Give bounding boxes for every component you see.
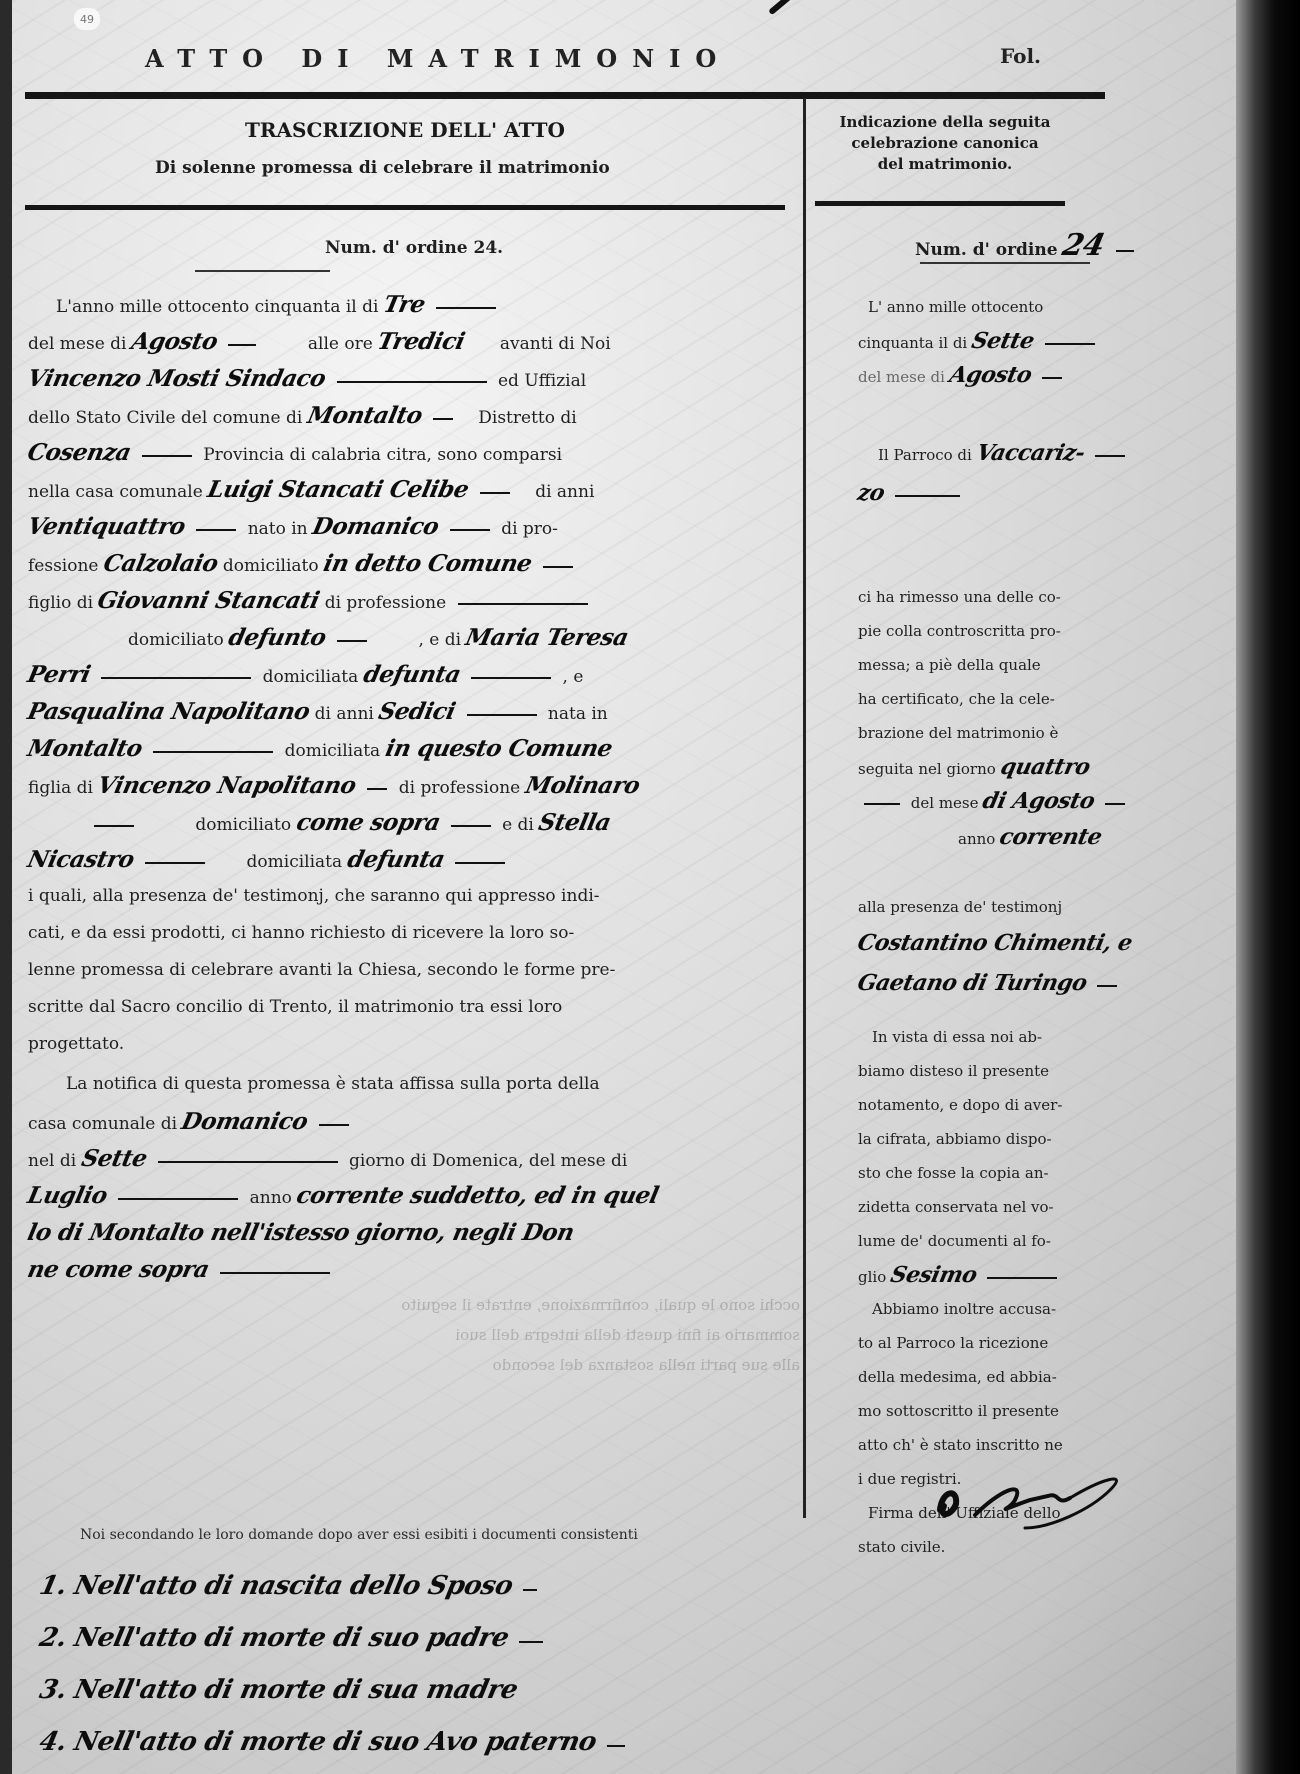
form-line: cinquanta il di Sette	[858, 324, 1101, 358]
scan-right-edge	[1236, 0, 1300, 1774]
dash	[1097, 985, 1117, 987]
form-line: L'anno mille ottocento cinquanta il di T…	[56, 286, 502, 323]
dash	[519, 1641, 543, 1643]
dash	[153, 751, 273, 753]
dash	[450, 529, 490, 531]
form-line: zo	[858, 476, 966, 510]
paragraph-line: cati, e da essi prodotti, ci hanno richi…	[28, 915, 574, 952]
form-line: figlia di Vincenzo Napolitano di profess…	[28, 767, 639, 804]
right-title-line: celebrazione canonica	[820, 133, 1070, 154]
order-number-label: Num. d' ordine	[915, 240, 1058, 260]
documents-list: 1. Nell'atto di nascita dello Sposo 2. N…	[40, 1560, 631, 1768]
form-line: Nicastro domiciliata defunta	[28, 841, 511, 878]
dash	[471, 677, 551, 679]
printed-text: di pro-	[501, 519, 558, 539]
officer-signature	[930, 1470, 1140, 1530]
bleed-line: alle sue parti nella sostanza del second…	[120, 1350, 800, 1380]
printed-text: figlia di	[28, 778, 93, 798]
form-line: dello Stato Civile del comune di Montalt…	[28, 397, 577, 434]
dash	[1116, 250, 1134, 252]
handwritten-document: 1. Nell'atto di nascita dello Sposo	[34, 1560, 517, 1612]
dash	[118, 1198, 238, 1200]
printed-text: anno	[958, 830, 995, 848]
page-number-stamp: 49	[74, 8, 100, 30]
dash	[451, 825, 491, 827]
handwritten-document: 4. Nell'atto di morte di suo Avo paterno	[34, 1716, 601, 1768]
left-header-rule	[25, 205, 785, 210]
printed-text: del mese	[911, 794, 979, 812]
handwritten-document: 2. Nell'atto di morte di suo padre	[34, 1612, 513, 1664]
document-page: 49 ATTO DI MATRIMONIO Fol. TRASCRIZIONE …	[0, 0, 1300, 1774]
paragraph-line: ha certificato, che la cele-	[858, 682, 1055, 716]
dash	[458, 603, 588, 605]
handwritten-bride-mother: Stella	[535, 804, 614, 841]
dash	[480, 492, 510, 494]
scan-left-edge	[0, 0, 12, 1774]
handwritten-notice-month: Luglio	[24, 1177, 111, 1214]
printed-text: cinquanta il di	[858, 334, 967, 352]
paragraph-line: i quali, alla presenza de' testimonj, ch…	[28, 878, 600, 915]
handwritten-day: Tre	[380, 286, 429, 323]
paragraph-line: della medesima, ed abbia-	[858, 1360, 1057, 1394]
form-line: domiciliato come sopra e di Stella	[88, 804, 611, 841]
paragraph-line: messa; a piè della quale	[858, 648, 1041, 682]
printed-text: alle ore	[308, 334, 373, 354]
printed-text: ed Uffizial	[498, 371, 586, 391]
printed-text: Distretto di	[478, 408, 576, 428]
handwritten-witness-1: Costantino Chimenti, e	[854, 926, 1135, 960]
paragraph-line: to al Parroco la ricezione	[858, 1326, 1048, 1360]
dash	[94, 825, 134, 827]
printed-text: domiciliata	[285, 741, 381, 761]
printed-text: nato in	[248, 519, 308, 539]
handwritten-seguita-day: quattro	[997, 750, 1093, 784]
notice-line: Luglio anno corrente suddetto, ed in que…	[28, 1177, 658, 1214]
dash	[196, 529, 236, 531]
paragraph-line: notamento, e dopo di aver-	[858, 1088, 1062, 1122]
handwritten-mother-domicile: defunta	[360, 656, 464, 693]
handwritten-officer: Vincenzo Mosti Sindaco	[24, 360, 329, 397]
printed-text: nella casa comunale	[28, 482, 203, 502]
paragraph-line: pie colla controscritta pro-	[858, 614, 1061, 648]
printed-text: Il Parroco di	[878, 446, 972, 464]
printed-text: dello Stato Civile del comune di	[28, 408, 302, 428]
paragraph-line: biamo disteso il presente	[858, 1054, 1049, 1088]
dash	[145, 862, 205, 864]
dash	[607, 1745, 625, 1747]
handwritten-bride-birthplace: Montalto	[24, 730, 146, 767]
handwritten-bride-mother-domicile: defunta	[344, 841, 448, 878]
printed-text: del mese di	[28, 334, 126, 354]
notice-line: La notifica di questa promessa è stata a…	[66, 1066, 600, 1103]
dash	[1042, 377, 1062, 379]
paragraph-line: scritte dal Sacro concilio di Trento, il…	[28, 989, 562, 1026]
printed-text: domiciliata	[247, 852, 343, 872]
handwritten-bride-father-domicile: come sopra	[293, 804, 444, 841]
form-line: figlio di Giovanni Stancati di professio…	[28, 582, 594, 619]
right-section-title: Indicazione della seguita celebrazione c…	[820, 112, 1070, 175]
form-line: Costantino Chimenti, e	[858, 926, 1132, 960]
form-line: Ventiquattro nato in Domanico di pro-	[28, 508, 558, 545]
handwritten-celebration-day: Sette	[968, 324, 1037, 358]
dash	[1045, 343, 1095, 345]
form-line: seguita nel giorno quattro	[858, 750, 1089, 784]
form-line: nella casa comunale Luigi Stancati Celib…	[28, 471, 594, 508]
handwritten-groom-name: Luigi Stancati Celibe	[204, 471, 472, 508]
dash	[543, 566, 573, 568]
dash	[1095, 455, 1125, 457]
printed-text: domiciliato	[128, 630, 224, 650]
handwritten-witness-2: Gaetano di Turingo	[854, 966, 1090, 1000]
printed-text: domiciliato	[223, 556, 319, 576]
paragraph-line: progettato.	[28, 1026, 124, 1063]
dash	[367, 788, 387, 790]
document-item: 3. Nell'atto di morte di sua madre	[40, 1664, 631, 1716]
handwritten-folio: Sesimo	[887, 1258, 980, 1292]
notice-line: nel di Sette giorno di Domenica, del mes…	[28, 1140, 627, 1177]
form-line: alla presenza de' testimonj	[858, 890, 1062, 924]
handwritten-notice-end: ne come sopra	[24, 1251, 212, 1288]
form-line: Vincenzo Mosti Sindaco ed Uffizial	[28, 360, 586, 397]
notice-line: casa comunale di Domanico	[28, 1103, 355, 1140]
paragraph-line: In vista di essa noi ab-	[872, 1020, 1042, 1054]
printed-text: L'anno mille ottocento cinquanta il di	[56, 297, 378, 317]
printed-text: avanti di Noi	[500, 334, 611, 354]
handwritten-bride-age: Sedici	[375, 693, 459, 730]
signature-icon	[930, 1470, 1140, 1530]
handwritten-notice-day: Sette	[78, 1140, 150, 1177]
bleed-through-text: occhi sono le quali, confirmazione, entr…	[120, 1290, 800, 1380]
paragraph-line: la cifrata, abbiamo dispo-	[858, 1122, 1052, 1156]
printed-text: di professione	[325, 593, 446, 613]
printed-text: , e	[563, 667, 584, 687]
handwritten-district: Cosenza	[24, 434, 134, 471]
handwritten-seguita-year: corrente	[996, 820, 1105, 854]
handwritten-parish-cont: zo	[854, 476, 887, 510]
dash	[1105, 803, 1125, 805]
printed-text: glio	[858, 1268, 886, 1286]
handwritten-bride-father: Vincenzo Napolitano	[94, 767, 359, 804]
paragraph-line: atto ch' è stato inscritto ne	[858, 1428, 1063, 1462]
paragraph-line: lume de' documenti al fo-	[858, 1224, 1051, 1258]
handwritten-celebration-month: Agosto	[946, 358, 1035, 392]
dash	[220, 1272, 330, 1274]
document-item: 1. Nell'atto di nascita dello Sposo	[40, 1560, 631, 1612]
order-number-value: 24.	[473, 238, 503, 258]
right-title-line: Indicazione della seguita	[820, 112, 1070, 133]
form-line: Cosenza Provincia di calabria citra, son…	[28, 434, 562, 471]
order-number-underline	[195, 270, 330, 272]
dash	[523, 1589, 537, 1591]
order-number-underline	[920, 262, 1090, 264]
paragraph-line: sto che fosse la copia an-	[858, 1156, 1049, 1190]
form-line: anno corrente	[958, 820, 1101, 854]
bleed-line: occhi sono le quali, confirmazione, entr…	[120, 1290, 800, 1320]
handwritten-comune: Montalto	[304, 397, 426, 434]
handwritten-notice-place: Domanico	[179, 1103, 312, 1140]
form-line: Montalto domiciliata in questo Comune	[28, 730, 611, 767]
printed-text: seguita nel giorno	[858, 760, 996, 778]
form-line: L' anno mille ottocento	[868, 290, 1043, 324]
printed-text: , e di	[418, 630, 461, 650]
handwritten-bride-mother-surname: Nicastro	[24, 841, 138, 878]
bleed-line: sommario ai fini questi della integra de…	[120, 1320, 800, 1350]
printed-text: figlio di	[28, 593, 93, 613]
dash	[987, 1277, 1057, 1279]
paragraph-line: lenne promessa di celebrare avanti la Ch…	[28, 952, 615, 989]
printed-text: casa comunale di	[28, 1114, 177, 1134]
column-divider	[803, 98, 806, 1518]
dash	[101, 677, 251, 679]
printed-text: nata in	[548, 704, 608, 724]
dash	[864, 803, 900, 805]
dash	[337, 640, 367, 642]
printed-text: di professione	[399, 778, 520, 798]
document-item: 2. Nell'atto di morte di suo padre	[40, 1612, 631, 1664]
form-line: del mese di Agosto	[858, 784, 1131, 818]
printed-text: domiciliato	[195, 815, 291, 835]
handwritten-groom-domicile: in detto Comune	[320, 545, 535, 582]
printed-text: domiciliata	[263, 667, 359, 687]
printed-text: fessione	[28, 556, 98, 576]
right-header-rule	[815, 201, 1065, 206]
handwritten-bride-father-profession: Molinaro	[522, 767, 643, 804]
dash	[319, 1124, 349, 1126]
paragraph-line: zidetta conservata nel vo-	[858, 1190, 1054, 1224]
dash	[436, 307, 496, 309]
paragraph-line: Abbiamo inoltre accusa-	[872, 1292, 1056, 1326]
handwritten-parish: Vaccariz-	[973, 436, 1088, 470]
left-section-subtitle: Di solenne promessa di celebrare il matr…	[155, 158, 610, 178]
document-item: 4. Nell'atto di morte di suo Avo paterno	[40, 1716, 631, 1768]
form-line: Pasqualina Napolitano di anni Sedici nat…	[28, 693, 608, 730]
form-line: glio Sesimo	[858, 1258, 1063, 1292]
handwritten-notice-year: corrente suddetto, ed in quel	[293, 1177, 662, 1214]
printed-text: del mese di	[858, 368, 945, 386]
handwritten-month: Agosto	[128, 323, 221, 360]
handwritten-groom-birthplace: Domanico	[309, 508, 442, 545]
printed-text: di anni	[315, 704, 374, 724]
dash	[337, 381, 487, 383]
paragraph-line: brazione del matrimonio è	[858, 716, 1058, 750]
printed-text: giorno di Domenica, del mese di	[349, 1151, 627, 1171]
handwritten-bride-domicile: in questo Comune	[382, 730, 616, 767]
form-line: fessione Calzolaio domiciliato in detto …	[28, 545, 579, 582]
handwritten-seguita-month: di Agosto	[980, 784, 1098, 818]
document-title: ATTO DI MATRIMONIO	[145, 44, 731, 73]
handwritten-groom-mother: Maria Teresa	[463, 619, 633, 656]
order-number-value: 24	[1060, 228, 1108, 263]
form-line: del mese di Agosto	[858, 358, 1068, 392]
handwritten-groom-father: Giovanni Stancati	[95, 582, 324, 619]
handwritten-groom-profession: Calzolaio	[100, 545, 221, 582]
handwritten-father-domicile: defunto	[225, 619, 329, 656]
signature-label: stato civile.	[858, 1530, 945, 1564]
dash	[895, 495, 960, 497]
notice-line: lo di Montalto nell'istesso giorno, negl…	[28, 1214, 574, 1251]
dash	[433, 418, 453, 420]
right-order-number: Num. d' ordine 24	[915, 228, 1140, 263]
paragraph-line: mo sottoscritto il presente	[858, 1394, 1059, 1428]
order-number-label: Num. d' ordine	[325, 238, 468, 258]
left-order-number: Num. d' ordine 24.	[325, 230, 503, 267]
header-rule	[25, 92, 1105, 99]
handwritten-bride-name: Pasqualina Napolitano	[24, 693, 313, 730]
dash	[142, 455, 192, 457]
dash	[158, 1161, 338, 1163]
handwritten-document: 3. Nell'atto di morte di sua madre	[34, 1664, 522, 1716]
printed-text: nel di	[28, 1151, 76, 1171]
handwritten-notice-continuation: lo di Montalto nell'istesso giorno, negl…	[24, 1214, 577, 1251]
left-section-title: TRASCRIZIONE DELL' ATTO	[245, 118, 565, 142]
handwritten-hour: Tredici	[374, 323, 468, 360]
pen-stroke	[768, 0, 871, 15]
printed-text: e di	[502, 815, 534, 835]
notice-line: ne come sopra	[28, 1251, 336, 1288]
dash	[455, 862, 505, 864]
handwritten-mother-surname: Perri	[24, 656, 94, 693]
folio-label: Fol.	[1000, 44, 1041, 68]
form-line: Perri domiciliata defunta , e	[28, 656, 583, 693]
form-line: domiciliato defunto , e di Maria Teresa	[128, 619, 628, 656]
dash	[467, 714, 537, 716]
handwritten-groom-age: Ventiquattro	[24, 508, 189, 545]
printed-text: di anni	[535, 482, 594, 502]
right-title-line: del matrimonio.	[820, 154, 1070, 175]
printed-text: anno	[250, 1188, 292, 1208]
form-line: Il Parroco di Vaccariz-	[878, 436, 1131, 470]
dash	[228, 344, 256, 346]
printed-text: Provincia di calabria citra, sono compar…	[203, 445, 562, 465]
form-line: Gaetano di Turingo	[858, 966, 1123, 1000]
documents-intro: Noi secondando le loro domande dopo aver…	[80, 1527, 638, 1543]
paragraph-line: ci ha rimesso una delle co-	[858, 580, 1061, 614]
form-line: del mese di Agosto alle ore Tredici avan…	[28, 323, 611, 360]
